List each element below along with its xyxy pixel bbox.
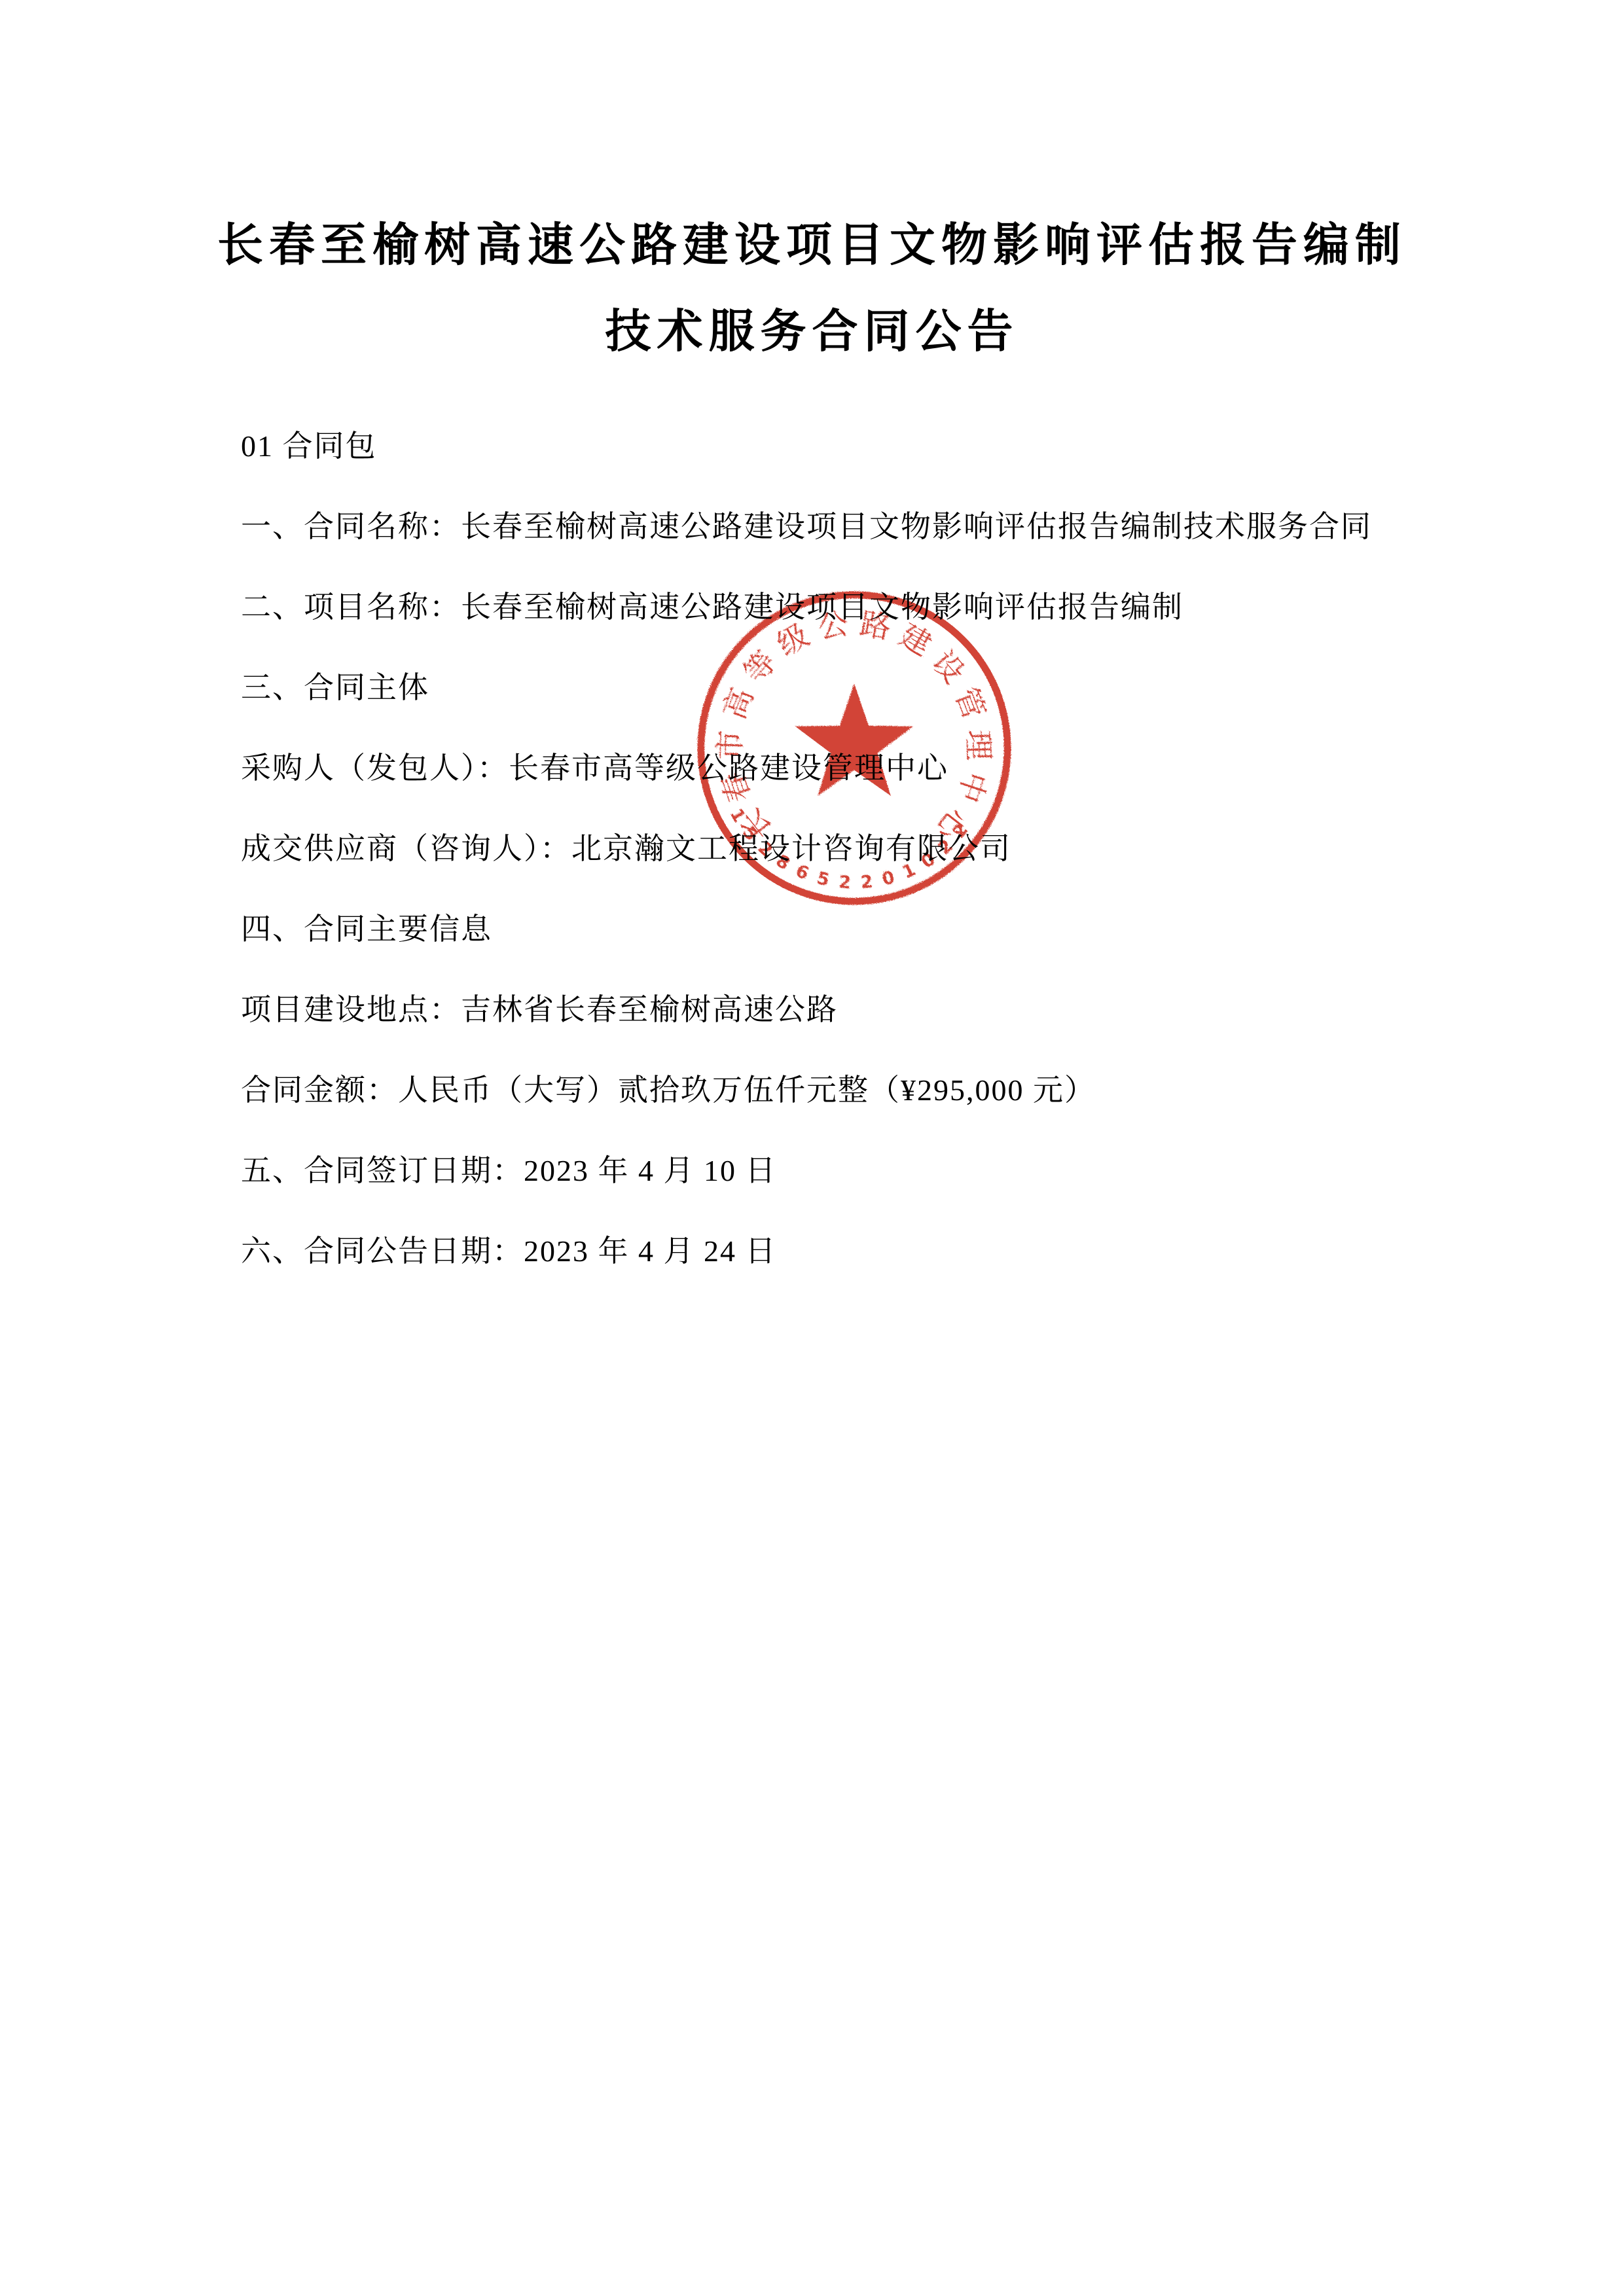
- para-supplier: 成交供应商（咨询人）：北京瀚文工程设计咨询有限公司: [241, 808, 1383, 889]
- para-package-number: 01 合同包: [241, 406, 1383, 486]
- title-line-2: 技术服务合同公告: [0, 288, 1624, 374]
- para-contract-name: 一、合同名称：长春至榆树高速公路建设项目文物影响评估报告编制技术服务合同: [241, 486, 1383, 567]
- para-contract-parties-heading: 三、合同主体: [241, 647, 1383, 728]
- para-signing-date: 五、合同签订日期：2023 年 4 月 10 日: [241, 1130, 1383, 1211]
- document-body: 01 合同包 一、合同名称：长春至榆树高速公路建设项目文物影响评估报告编制技术服…: [241, 406, 1383, 1291]
- para-project-name: 二、项目名称：长春至榆树高速公路建设项目文物影响评估报告编制: [241, 567, 1383, 647]
- para-purchaser: 采购人（发包人）：长春市高等级公路建设管理中心: [241, 728, 1383, 808]
- para-contract-info-heading: 四、合同主要信息: [241, 889, 1383, 969]
- title-line-1: 长春至榆树高速公路建设项目文物影响评估报告编制: [0, 202, 1624, 288]
- para-announcement-date: 六、合同公告日期：2023 年 4 月 24 日: [241, 1211, 1383, 1291]
- para-project-location: 项目建设地点：吉林省长春至榆树高速公路: [241, 969, 1383, 1050]
- document-page: 长春至榆树高速公路建设项目文物影响评估报告编制 技术服务合同公告 01 合同包 …: [0, 0, 1624, 2296]
- document-title: 长春至榆树高速公路建设项目文物影响评估报告编制 技术服务合同公告: [0, 202, 1624, 374]
- para-contract-amount: 合同金额：人民币（大写）贰拾玖万伍仟元整（¥295,000 元）: [241, 1050, 1383, 1130]
